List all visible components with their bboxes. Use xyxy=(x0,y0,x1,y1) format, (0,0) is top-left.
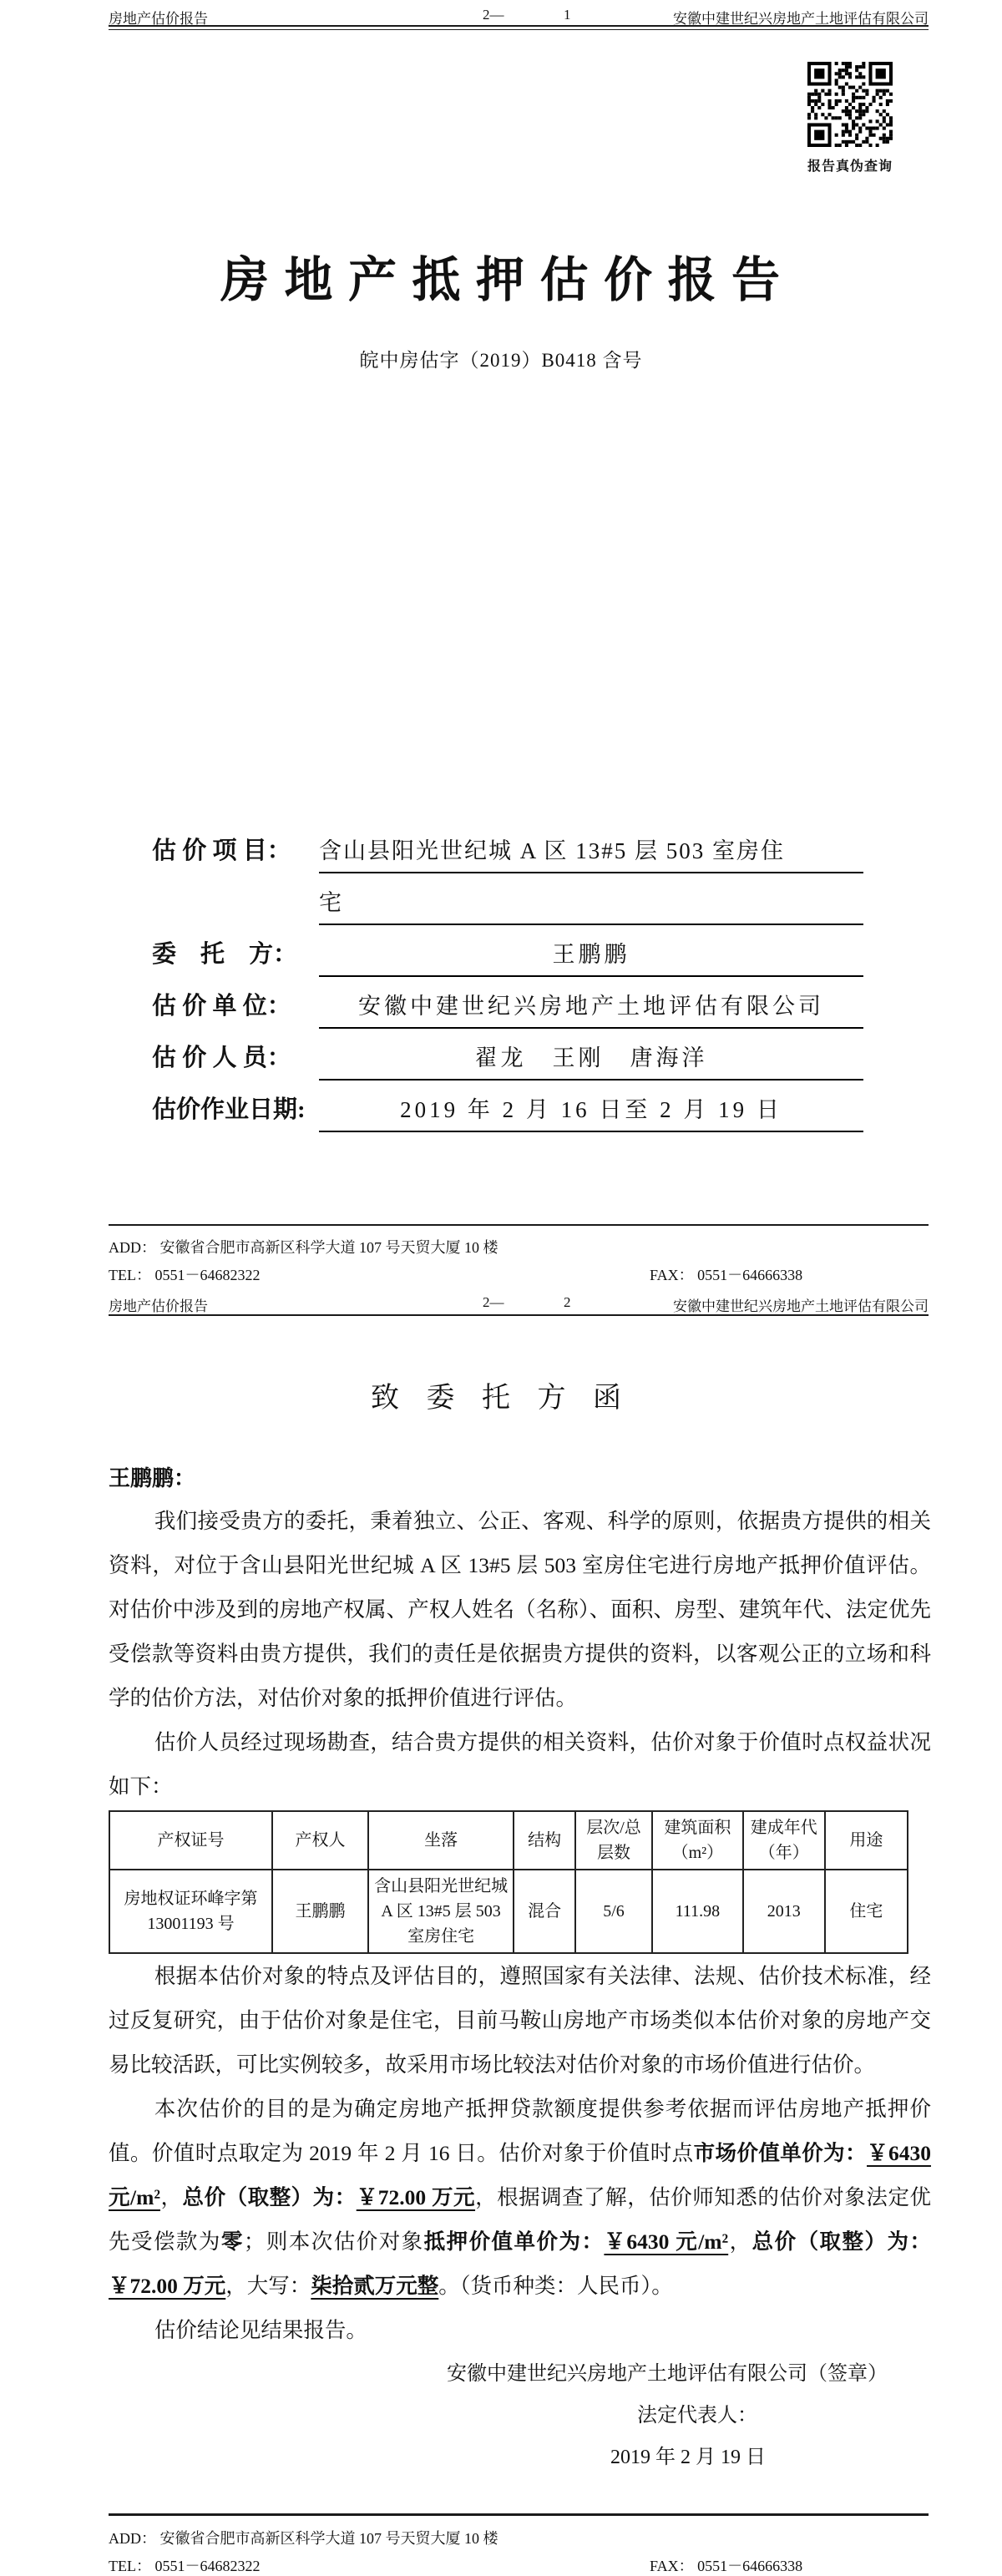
qr-verification-block: 报告真伪查询 xyxy=(802,62,898,175)
cell-year-built: 2013 xyxy=(743,1870,825,1953)
form-row-agency: 估 价 单 位：安徽中建世纪兴房地产土地评估有限公司 xyxy=(152,992,870,1044)
col-area: 建筑面积（m²） xyxy=(652,1811,743,1870)
cell-use: 住宅 xyxy=(825,1870,908,1953)
cell-owner: 王鹏鹏 xyxy=(272,1870,368,1953)
text-run-bold: 总价（取整）为： xyxy=(752,2229,931,2254)
text-run-bold: 零 xyxy=(221,2229,244,2254)
running-header-title: 房地产估价报告 xyxy=(109,1294,208,1315)
form-label-appraisers: 估 价 人 员： xyxy=(152,1044,319,1072)
signature-company: 安徽中建世纪兴房地产土地评估有限公司（签章） xyxy=(109,2353,929,2395)
text-run: ， xyxy=(160,2185,183,2209)
text-run: ， xyxy=(728,2229,751,2254)
cell-floor: 5/6 xyxy=(575,1870,652,1953)
page2-header-rule xyxy=(109,1314,929,1316)
form-label-work-dates: 估价作业日期: xyxy=(152,1096,319,1124)
form-row-appraisers: 估 价 人 员：翟龙 王刚 唐海洋 xyxy=(152,1044,870,1096)
page1-header-rule xyxy=(109,25,929,30)
text-run: ；则本次估价对象 xyxy=(244,2229,424,2254)
cell-area: 111.98 xyxy=(652,1870,743,1953)
running-header-pagecount: 2— xyxy=(483,7,504,23)
paragraph-conclusion: 估价结论见结果报告。 xyxy=(109,2308,931,2352)
qr-code-icon xyxy=(802,62,898,147)
running-header-pagenum: 1 xyxy=(564,7,571,23)
total-price-capitalized: 柒拾贰万元整 xyxy=(311,2274,438,2298)
qr-caption: 报告真伪查询 xyxy=(802,155,898,175)
total-price-value: ￥72.00 万元 xyxy=(357,2185,475,2209)
appraisal-report-document: 房地产估价报告 2— 1 安徽中建世纪兴房地产土地评估有限公司 报告真伪查询 房… xyxy=(0,0,1002,2576)
footer-telephone: TEL： 0551－64682322 xyxy=(109,2554,261,2576)
cell-certificate-no: 房地权证环峰字第 13001193 号 xyxy=(109,1870,272,1953)
signature-block: 安徽中建世纪兴房地产土地评估有限公司（签章） 法定代表人： 2019 年 2 月… xyxy=(109,2353,929,2478)
form-row-project-cont: 宅 xyxy=(152,888,870,940)
running-header-pagenum: 2 xyxy=(564,1294,571,1311)
paragraph-valuation: 本次估价的目的是为确定房地产抵押贷款额度提供参考依据而评估房地产抵押价值。价值时… xyxy=(109,2087,931,2308)
col-certificate-no: 产权证号 xyxy=(109,1811,272,1870)
paragraph-method: 根据本估价对象的特点及评估目的，遵照国家有关法律、法规、估价技术标准，经过反复研… xyxy=(109,1954,931,2087)
form-row-project: 估 价 项 目：含山县阳光世纪城 A 区 13#5 层 503 室房住 xyxy=(152,837,870,888)
footer-address: ADD： 安徽省合肥市高新区科学大道 107 号天贸大厦 10 楼 xyxy=(109,1236,929,1258)
form-value-agency: 安徽中建世纪兴房地产土地评估有限公司 xyxy=(319,992,863,1029)
col-floor: 层次/总层数 xyxy=(575,1811,652,1870)
letter-title: 致 委 托 方 函 xyxy=(0,1374,1002,1415)
form-label-client: 委 托 方： xyxy=(152,940,319,969)
col-owner: 产权人 xyxy=(272,1811,368,1870)
cover-form: 估 价 项 目：含山县阳光世纪城 A 区 13#5 层 503 室房住 宅 委 … xyxy=(152,837,870,1147)
page2-footer-rule xyxy=(109,2513,929,2516)
text-run: 。（货币种类：人民币）。 xyxy=(438,2274,673,2298)
letter-salutation: 王鹏鹏： xyxy=(109,1461,195,1492)
text-run-bold: 抵押价值单价为： xyxy=(424,2229,605,2254)
form-row-client: 委 托 方：王鹏鹏 xyxy=(152,940,870,992)
col-use: 用途 xyxy=(825,1811,908,1870)
form-value-appraisers: 翟龙 王刚 唐海洋 xyxy=(319,1044,863,1081)
paragraph-engagement: 我们接受贵方的委托，秉着独立、公正、客观、科学的原则，依据贵方提供的相关资料，对… xyxy=(109,1499,931,1720)
footer-telephone: TEL： 0551－64682322 xyxy=(109,1263,261,1285)
mortgage-unit-price-value: ￥6430 元/m² xyxy=(604,2229,728,2254)
cell-location: 含山县阳光世纪城 A 区 13#5 层 503 室房住宅 xyxy=(368,1870,514,1953)
signature-legal-rep: 法定代表人： xyxy=(109,2395,929,2437)
page1-running-footer: ADD： 安徽省合肥市高新区科学大道 107 号天贸大厦 10 楼 TEL： 0… xyxy=(109,1236,929,1283)
signature-date: 2019 年 2 月 19 日 xyxy=(109,2437,929,2478)
text-run: ，大写： xyxy=(225,2274,311,2298)
footer-address: ADD： 安徽省合肥市高新区科学大道 107 号天贸大厦 10 楼 xyxy=(109,2527,929,2548)
footer-fax: FAX： 0551－64666338 xyxy=(650,1263,802,1285)
running-header-pagecount: 2— xyxy=(483,1294,504,1311)
page2-running-footer: ADD： 安徽省合肥市高新区科学大道 107 号天贸大厦 10 楼 TEL： 0… xyxy=(109,2527,929,2574)
table-header-row: 产权证号 产权人 坐落 结构 层次/总层数 建筑面积（m²） 建成年代（年） 用… xyxy=(109,1811,908,1870)
col-year-built: 建成年代（年） xyxy=(743,1811,825,1870)
running-header-company: 安徽中建世纪兴房地产土地评估有限公司 xyxy=(673,1294,929,1315)
form-row-work-dates: 估价作业日期:2019 年 2 月 16 日至 2 月 19 日 xyxy=(152,1096,870,1147)
page1-footer-rule xyxy=(109,1224,929,1226)
footer-fax: FAX： 0551－64666338 xyxy=(650,2554,802,2576)
form-label-project: 估 价 项 目： xyxy=(152,837,319,865)
form-value-project: 含山县阳光世纪城 A 区 13#5 层 503 室房住 xyxy=(319,837,863,873)
text-run-bold: 市场价值单价为： xyxy=(694,2141,867,2165)
form-value-work-dates: 2019 年 2 月 16 日至 2 月 19 日 xyxy=(319,1096,863,1132)
ownership-table: 产权证号 产权人 坐落 结构 层次/总层数 建筑面积（m²） 建成年代（年） 用… xyxy=(109,1810,908,1954)
text-run-bold: 总价（取整）为： xyxy=(183,2185,357,2209)
paragraph-inspection: 估价人员经过现场勘查，结合贵方提供的相关资料，估价对象于价值时点权益状况如下： xyxy=(109,1720,931,1809)
table-row: 房地权证环峰字第 13001193 号 王鹏鹏 含山县阳光世纪城 A 区 13#… xyxy=(109,1870,908,1953)
form-value-client: 王鹏鹏 xyxy=(319,940,863,977)
mortgage-total-price-value: ￥72.00 万元 xyxy=(109,2274,225,2298)
letter-body: 我们接受贵方的委托，秉着独立、公正、客观、科学的原则，依据贵方提供的相关资料，对… xyxy=(109,1499,931,2352)
col-structure: 结构 xyxy=(514,1811,575,1870)
form-value-project-cont: 宅 xyxy=(319,888,863,925)
col-location: 坐落 xyxy=(368,1811,514,1870)
document-number: 皖中房估字（2019）B0418 含号 xyxy=(0,345,1002,372)
form-label-agency: 估 价 单 位： xyxy=(152,992,319,1020)
document-title: 房 地 产 抵 押 估 价 报 告 xyxy=(0,240,1002,311)
cell-structure: 混合 xyxy=(514,1870,575,1953)
